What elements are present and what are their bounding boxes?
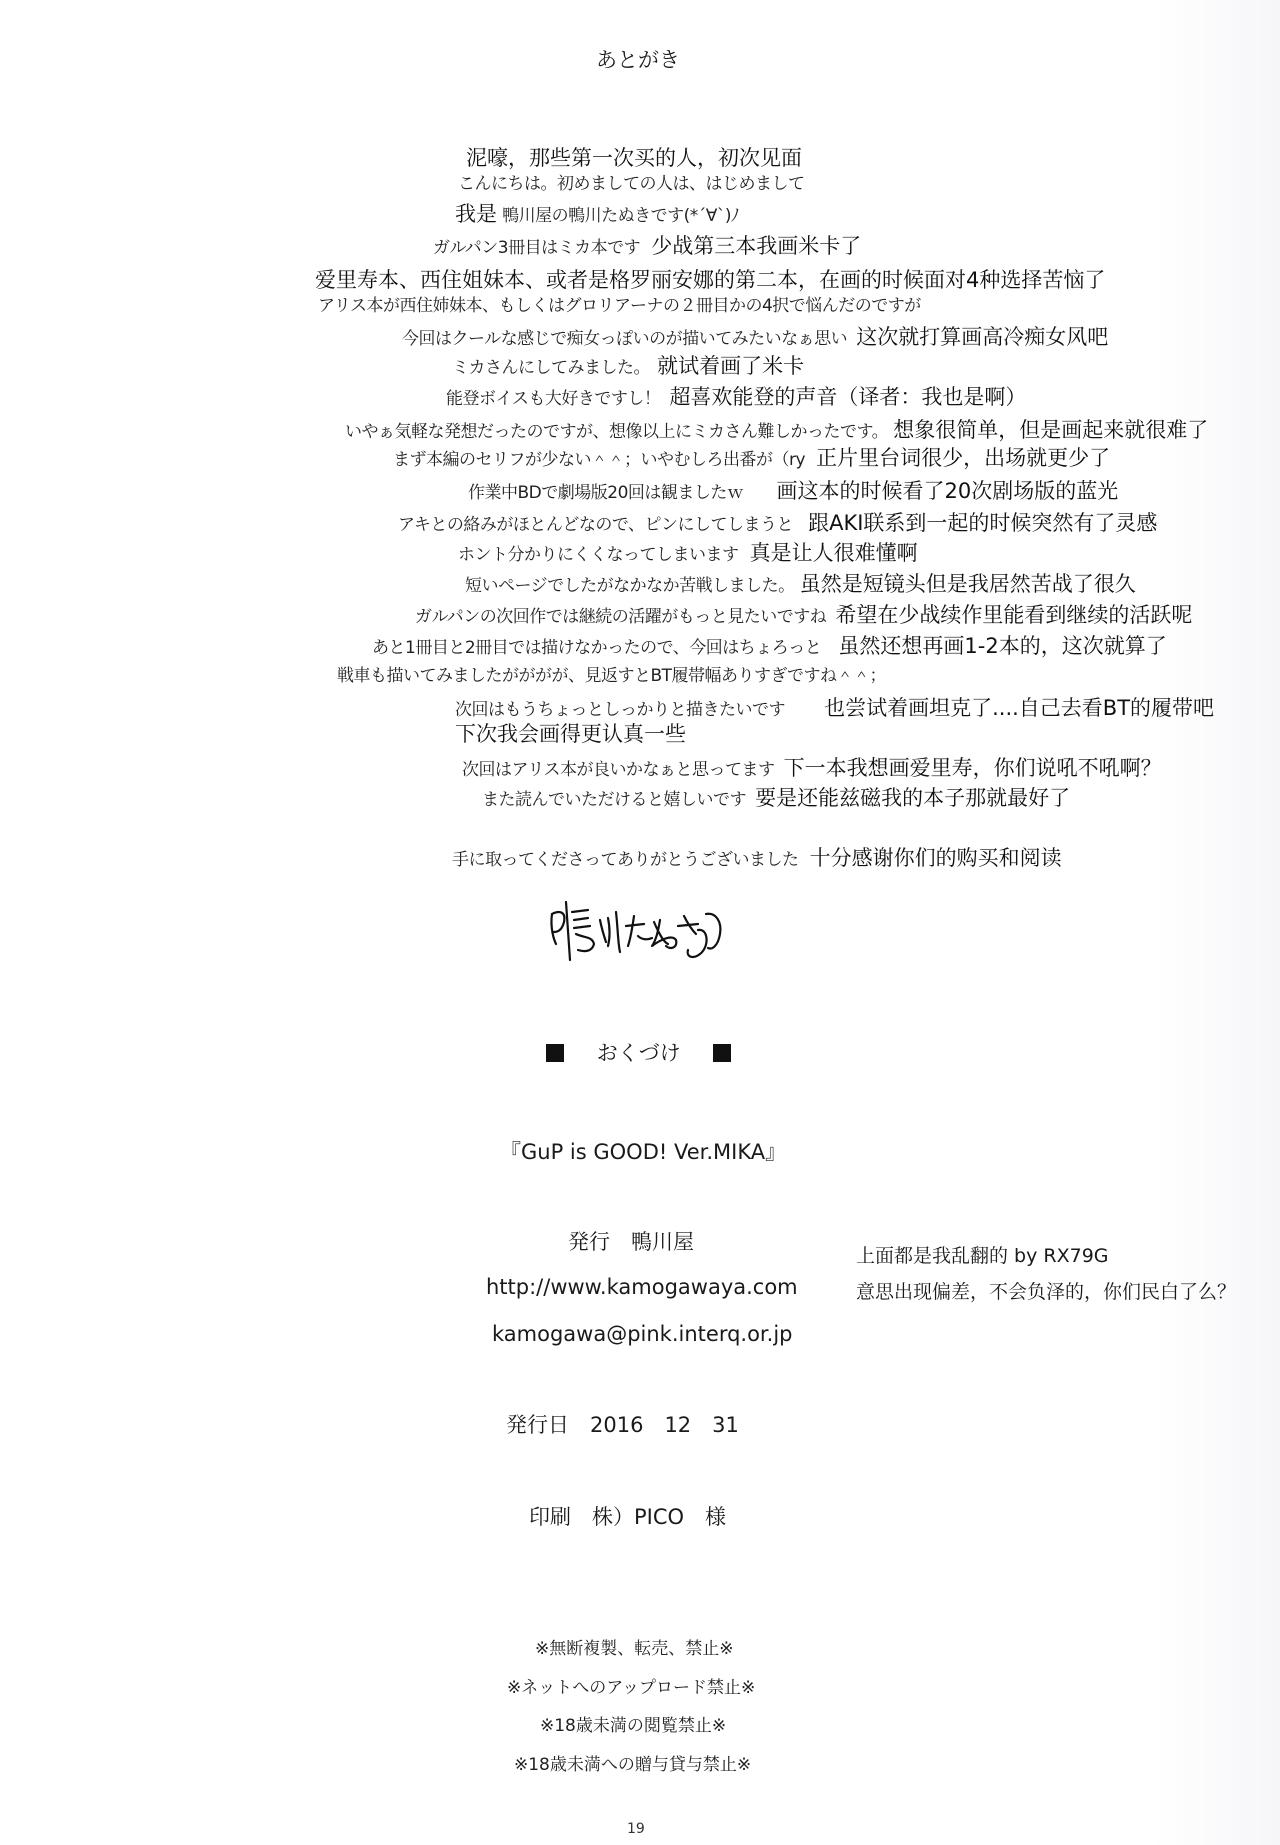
afterword-line: 短いページでしたがなかなか苦戦しました。 虽然是短镜头但是我居然苦战了很久 [465,574,1136,595]
afterword-line-cn: 十分感谢你们的购买和阅读 [810,846,1062,870]
notice-line: ※無断複製、転売、禁止※ [535,1641,734,1658]
afterword-line-cn: 超喜欢能登的声音（译者：我也是啊） [669,385,1026,409]
afterword-line: アキとの絡みがほとんどなので、ピンにしてしまうと 跟AKI联系到一起的时候突然有… [398,513,1157,534]
afterword-line-jp: ホント分かりにくくなってしまいます [458,545,739,565]
afterword-line-cn: 这次就打算画高冷痴女风吧 [856,325,1108,349]
afterword-line: ガルパンの次回作では継続の活躍がもっと見たいですね 希望在少战续作里能看到继续的… [415,605,1192,626]
afterword-line-jp: アリス本が西住姉妹本、もしくはグロリアーナの２冊目かの4択で悩んだのですが [318,298,921,315]
issue-date: 発行日 2016 12 31 [506,1415,739,1436]
publisher-email: kamogawa@pink.interq.or.jp [492,1324,792,1345]
afterword-line: ミカさんにしてみました。 就试着画了米卡 [452,356,804,377]
black-square-icon [713,1044,731,1062]
colophon-heading-row: おくづけ [546,1043,731,1064]
notice-line: ※18歳未満の閲覧禁止※ [540,1718,726,1735]
afterword-line-cn: 就试着画了米卡 [657,354,804,378]
afterword-line: あと1冊目と2冊目では描けなかったので、今回はちょろっと 虽然还想再画1-2本的… [372,636,1167,657]
notice-line: ※18歳未満への贈与貸与禁止※ [514,1757,751,1774]
translator-note-line2: 意思出现偏差，不会负泽的，你们民白了么？ [856,1283,1236,1302]
author-signature [548,900,728,970]
afterword-line-cn: 画这本的时候看了20次剧场版的蓝光 [776,479,1118,503]
afterword-heading: あとがき [596,50,680,71]
afterword-line: 今回はクールな感じで痴女っぽいのが描いてみたいなぁ思い 这次就打算画高冷痴女风吧 [402,327,1108,348]
translator-note-line1: 上面都是我乱翻的 by RX79G [856,1247,1109,1266]
afterword-line-jp: 次回はアリス本が良いかなぁと思ってます [462,760,774,780]
afterword-line-jp: 作業中BDで劇場版20回は観ましたｗ [468,483,743,503]
afterword-line-cn: 下次我会画得更认真一些 [455,724,686,745]
afterword-line-cn: 下一本我想画爱里寿，你们说吼不吼啊？ [784,756,1162,780]
afterword-line: 次回はアリス本が良いかなぁと思ってます 下一本我想画爱里寿，你们说吼不吼啊？ [462,758,1162,779]
page-number: 19 [627,1822,645,1836]
afterword-line-cn: 要是还能兹磁我的本子那就最好了 [755,786,1070,810]
black-square-icon [546,1044,564,1062]
afterword-line-cn: 少战第三本我画米卡了 [651,234,861,258]
afterword-line: 我是 鴨川屋の鴨川たぬきです(*´∀`)ﾉ [455,204,739,225]
afterword-line-cn: 我是 [455,202,497,226]
afterword-line-jp: 戦車も描いてみましたがががが、見返すとBT履帯幅ありすぎですね＾＾； [337,668,886,685]
afterword-line-jp: まず本編のセリフが少ない＾＾；いやむしろ出番が（ry [393,450,805,470]
afterword-line-jp: また読んでいただけると嬉しいです [482,790,746,810]
afterword-line-jp: ガルパンの次回作では継続の活躍がもっと見たいですね [415,607,826,627]
afterword-line: 能登ボイスも大好きですし！ 超喜欢能登的声音（译者：我也是啊） [446,387,1026,408]
afterword-line: 次回はもうちょっとしっかりと描きたいです 也尝试着画坦克了....自己去看BT的… [455,698,1214,719]
afterword-line: ガルパン3冊目はミカ本です 少战第三本我画米卡了 [433,236,861,257]
afterword-line: 作業中BDで劇場版20回は観ましたｗ 画这本的时候看了20次剧场版的蓝光 [468,481,1118,502]
afterword-line-jp: いやぁ気軽な発想だったのですが、想像以上にミカさん難しかったです。 [345,422,888,442]
afterword-line-jp: 能登ボイスも大好きですし！ [446,389,660,409]
afterword-line-jp: こんにちは。初めましての人は、はじめまして [458,176,805,193]
printer: 印刷 株）PICO 様 [529,1507,726,1528]
book-title: 『GuP is GOOD! Ver.MIKA』 [500,1142,786,1163]
afterword-line-cn: 泥嚎，那些第一次买的人，初次见面 [466,148,802,169]
afterword-line-cn: 虽然是短镜头但是我居然苦战了很久 [800,572,1136,596]
afterword-line-cn: 虽然还想再画1-2本的，这次就算了 [838,634,1166,658]
afterword-line-jp: 次回はもうちょっとしっかりと描きたいです [455,700,785,720]
afterword-line: いやぁ気軽な発想だったのですが、想像以上にミカさん難しかったです。 想象很简单，… [345,420,1208,441]
afterword-line-jp: ミカさんにしてみました。 [452,358,650,378]
afterword-line-cn: 爱里寿本、西住姐妹本、或者是格罗丽安娜的第二本，在画的时候面对4种选择苦恼了 [315,270,1105,291]
afterword-line: まず本編のセリフが少ない＾＾；いやむしろ出番が（ry 正片里台词很少，出场就更少… [393,448,1110,469]
afterword-line-jp: 短いページでしたがなかなか苦戦しました。 [465,576,795,596]
afterword-line-cn: 想象很简单，但是画起来就很难了 [893,418,1208,442]
afterword-line-jp: アキとの絡みがほとんどなので、ピンにしてしまうと [398,515,793,535]
afterword-line-jp: 鴨川屋の鴨川たぬきです(*´∀`)ﾉ [502,206,739,226]
colophon-heading: おくづけ [597,1041,681,1065]
afterword-line-jp: 今回はクールな感じで痴女っぽいのが描いてみたいなぁ思い [402,329,847,349]
afterword-line-cn: 也尝试着画坦克了....自己去看BT的履带吧 [824,696,1214,720]
afterword-line-cn: 希望在少战续作里能看到继续的活跃呢 [835,603,1192,627]
afterword-line-cn: 跟AKI联系到一起的时候突然有了灵感 [808,511,1157,535]
afterword-line: 手に取ってくださってありがとうございました 十分感谢你们的购买和阅读 [452,848,1062,869]
afterword-line-jp: あと1冊目と2冊目では描けなかったので、今回はちょろっと [372,638,821,658]
publisher: 発行 鴨川屋 [568,1232,694,1253]
afterword-line-jp: 手に取ってくださってありがとうございました [452,850,799,870]
afterword-line: また読んでいただけると嬉しいです 要是还能兹磁我的本子那就最好了 [482,788,1070,809]
afterword-line: ホント分かりにくくなってしまいます 真是让人很难懂啊 [458,543,918,564]
afterword-line-jp: ガルパン3冊目はミカ本です [433,238,640,258]
afterword-line-cn: 真是让人很难懂啊 [750,541,918,565]
afterword-line-cn: 正片里台词很少，出场就更少了 [816,446,1110,470]
publisher-url: http://www.kamogawaya.com [486,1277,798,1298]
notice-line: ※ネットへのアップロード禁止※ [507,1680,755,1697]
